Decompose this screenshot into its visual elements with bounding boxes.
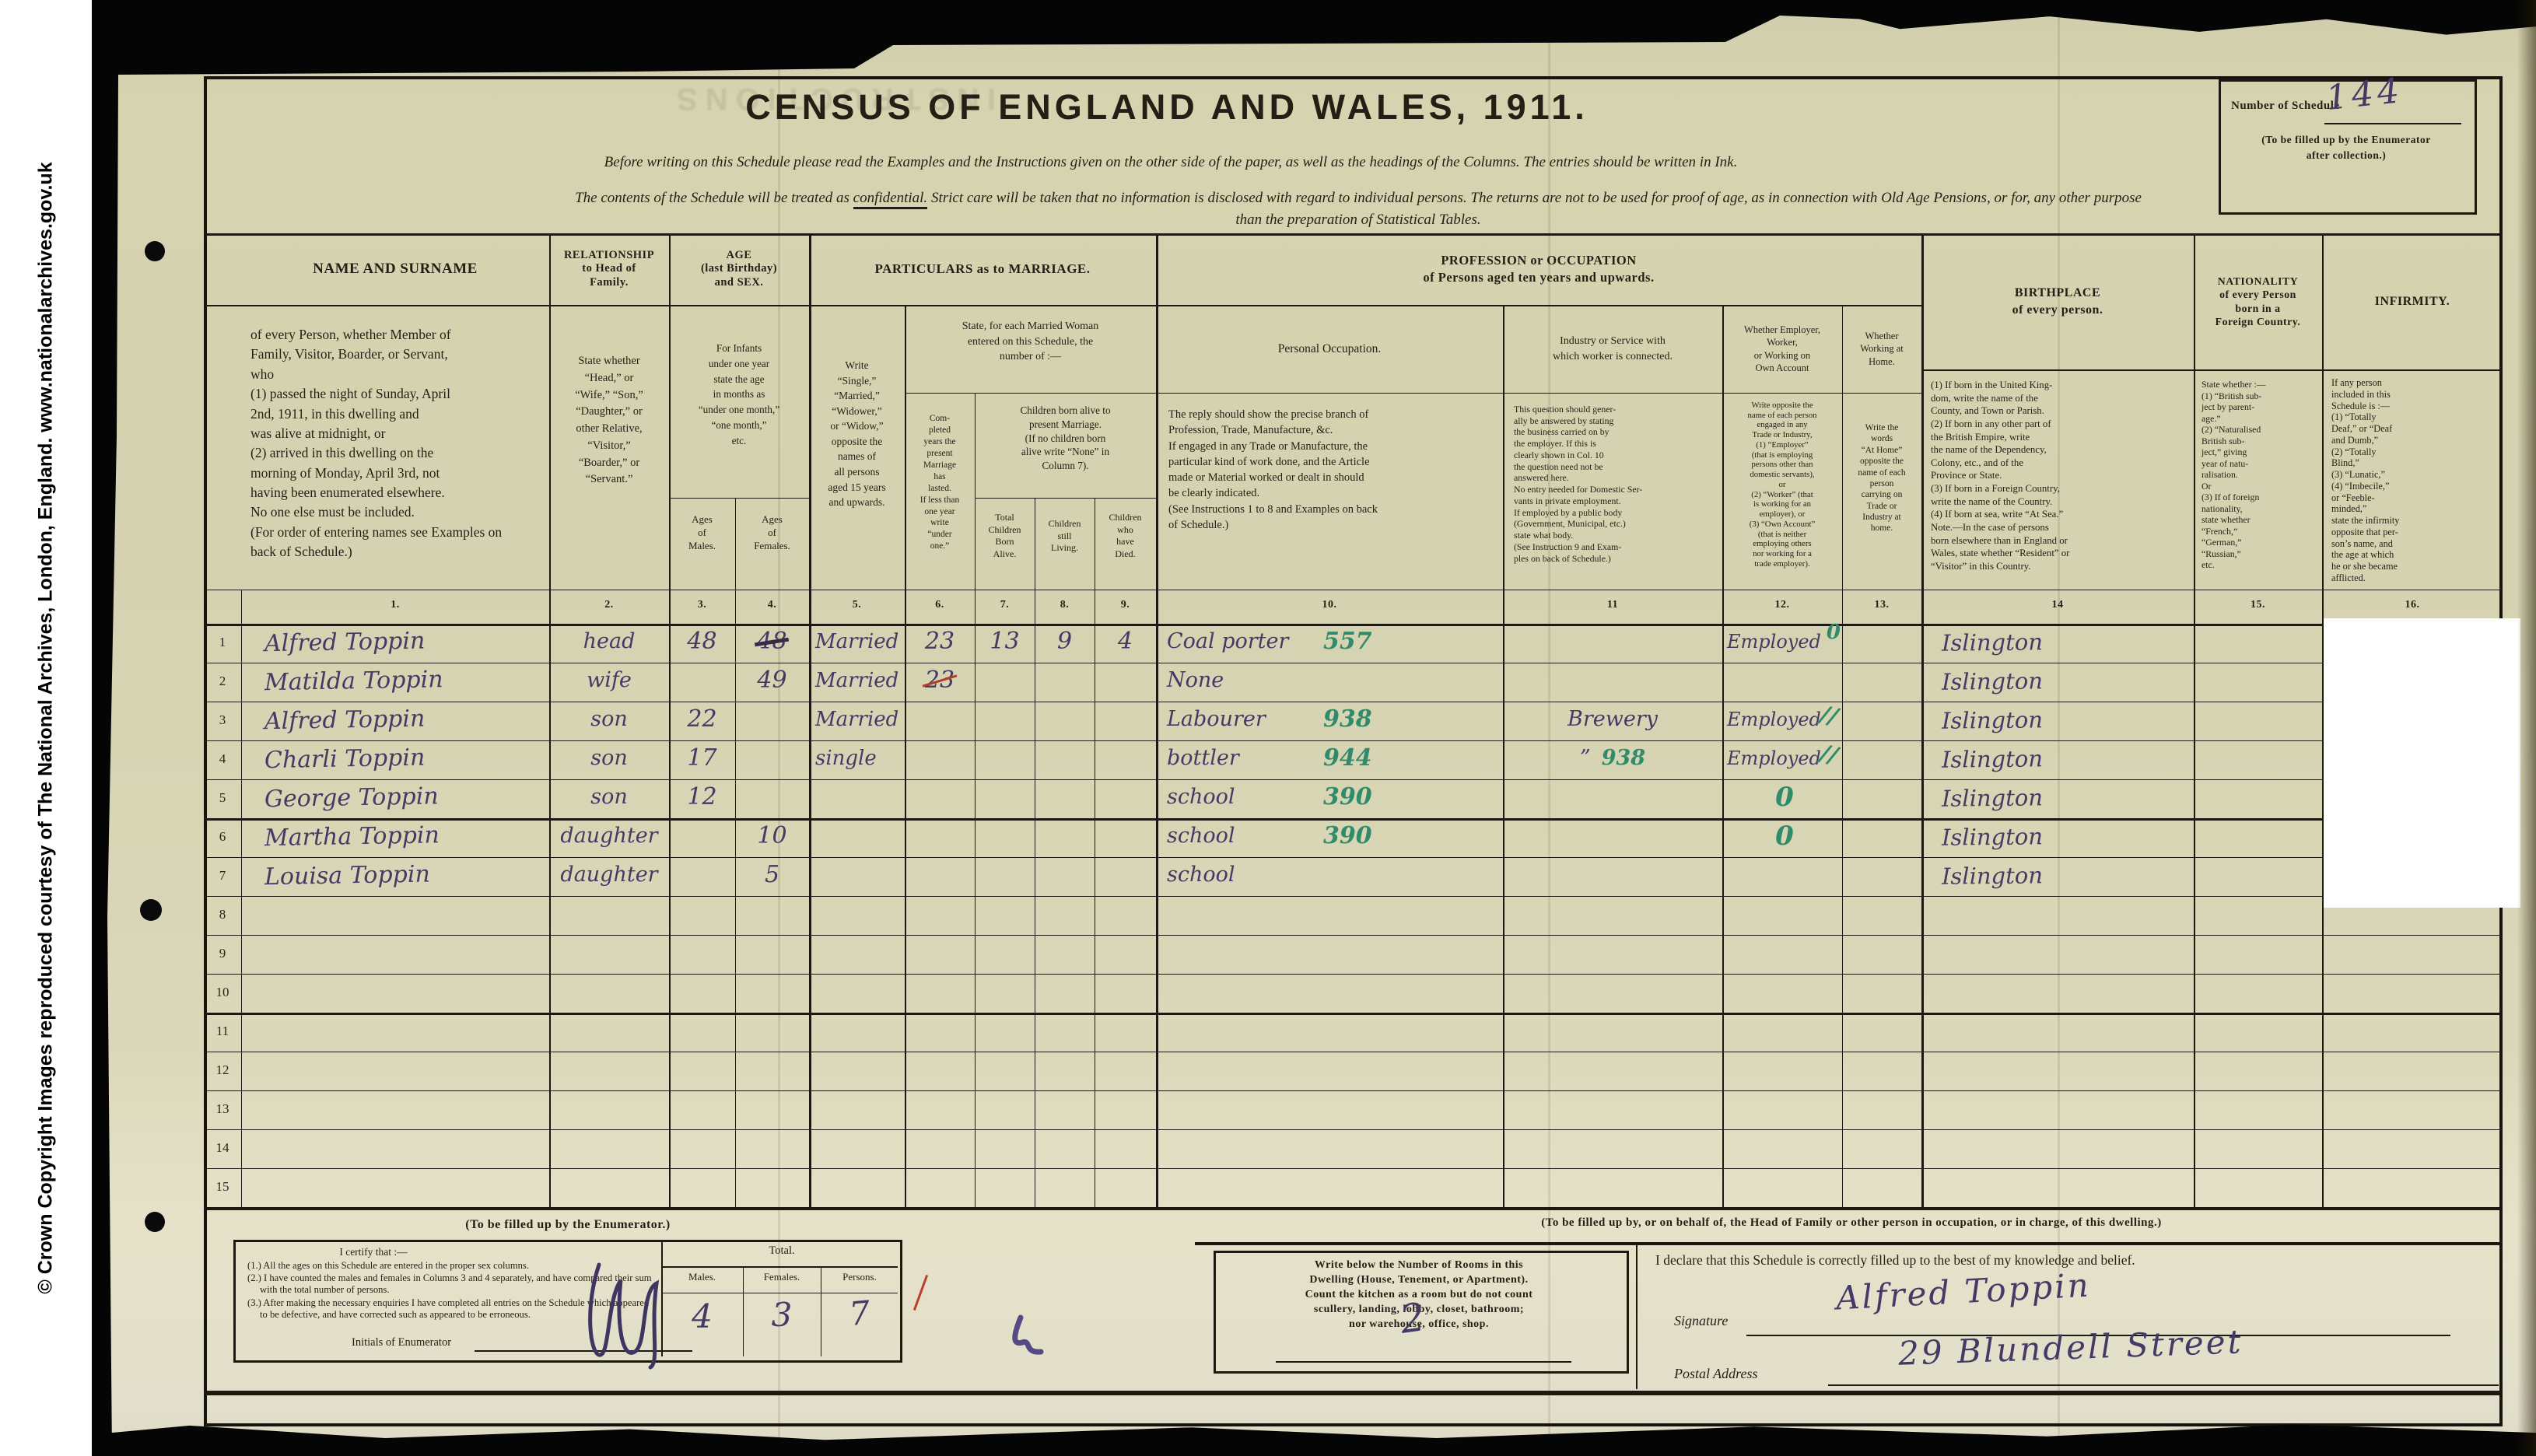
cell-r15-name [241, 1165, 573, 1209]
cell-r7-cond [809, 857, 911, 896]
cell-r3-inf [2322, 702, 2503, 740]
cell-r6-emp: 0 [1722, 818, 1847, 857]
cell-r11-f [735, 1013, 809, 1052]
cell-r13-ind [1503, 1090, 1722, 1129]
cell-r11-nat [2194, 1013, 2322, 1052]
cell-r4-occ-code: 944 [1323, 740, 1372, 776]
cell-r10-rel [549, 974, 669, 1013]
cell-r12-cond [809, 1052, 911, 1090]
cell-r1-died: 4 [1095, 624, 1156, 663]
cell-r5-rel: son [549, 779, 669, 818]
cell-r5-nat [2194, 779, 2322, 818]
form-title: CENSUS OF ENGLAND AND WALES, 1911. [436, 87, 1898, 128]
confidential-prefix: The contents of the Schedule will be tre… [575, 190, 853, 206]
cell-r12-emp [1722, 1052, 1847, 1090]
cell-r4-ind: ”938 [1503, 740, 1722, 779]
table-row: 7Louisa Toppindaughter5schoolIslington [204, 857, 2496, 896]
cell-r2-birth: Islington [1921, 661, 2215, 703]
cell-r9-ind [1503, 935, 1722, 974]
col-detail-still-living: Children still Living. [1035, 498, 1095, 590]
cell-r5-name: George Toppin [241, 776, 573, 821]
cell-r1-nat [2194, 624, 2322, 663]
cell-r9-yrs [905, 935, 975, 974]
cell-r6-inf [2322, 818, 2503, 857]
cell-r13-home [1842, 1090, 1921, 1129]
cell-r10-ind [1503, 974, 1722, 1013]
cell-r12-f [735, 1052, 809, 1090]
cell-r4-liv [1035, 740, 1095, 779]
table-row: 2Matilda Toppinwife49Married23NoneIsling… [204, 663, 2496, 702]
col-detail-completed-years: Com- pleted years the present Marriage h… [905, 393, 975, 590]
cell-r5-home [1842, 779, 1921, 818]
cell-r5-died [1095, 779, 1156, 818]
column-number-4: 4. [735, 590, 809, 624]
cell-r4-inf [2322, 740, 2503, 779]
cell-r13-inf [2322, 1090, 2503, 1129]
column-number-7: 7. [975, 590, 1035, 624]
cell-r1-inf [2322, 624, 2503, 663]
cell-r7-occ: school [1156, 857, 1514, 896]
cell-r6-ind [1503, 818, 1722, 857]
cell-r8-m [669, 896, 735, 935]
cell-r9-born [975, 935, 1035, 974]
cell-r1-rel: head [549, 624, 669, 663]
column-number-2: 2. [549, 590, 669, 624]
cell-r4-clerk-mark: // [1817, 736, 1841, 775]
cell-r12-birth [1921, 1050, 2215, 1092]
cell-r4-occ: bottler944 [1156, 740, 1514, 779]
cell-r4-nat [2194, 740, 2322, 779]
col-detail-occupation-title: Personal Occupation. [1156, 305, 1503, 393]
cell-r5-f [735, 779, 809, 818]
cell-r9-m [669, 935, 735, 974]
cell-r14-cond [809, 1129, 911, 1168]
cell-r11-liv [1035, 1013, 1095, 1052]
cell-r1-occ: Coal porter557 [1156, 624, 1514, 663]
cell-r13-f [735, 1090, 809, 1129]
cell-r7-born [975, 857, 1035, 896]
col-detail-home-text: Write the words “At Home” opposite the n… [1842, 393, 1921, 590]
initials-label: Initials of Enumerator [352, 1336, 451, 1349]
cell-r12-born [975, 1052, 1035, 1090]
col-group-infirmity: INFIRMITY. [2322, 233, 2503, 369]
cell-r11-birth [1921, 1011, 2215, 1053]
cell-r11-ind [1503, 1013, 1722, 1052]
cell-r1-clerk-code: 0 [1827, 614, 1841, 650]
column-number-5: 5. [809, 590, 905, 624]
cell-r3-m: 22 [669, 702, 735, 740]
cell-r6-occ-code: 390 [1323, 818, 1372, 854]
table-row: 8 [204, 896, 2496, 935]
cell-r3-nat [2194, 702, 2322, 740]
totals-persons-value: 7 [819, 1291, 900, 1336]
col-detail-employer-title: Whether Employer, Worker, or Working on … [1722, 305, 1842, 393]
punch-hole [145, 241, 165, 261]
cell-r5-liv [1035, 779, 1095, 818]
cell-r4-died [1095, 740, 1156, 779]
cell-r13-cond [809, 1090, 911, 1129]
cell-r12-nat [2194, 1052, 2322, 1090]
cell-r7-nat [2194, 857, 2322, 896]
cell-r12-yrs [905, 1052, 975, 1090]
cell-r11-rel [549, 1013, 669, 1052]
cell-r8-born [975, 896, 1035, 935]
cell-r15-rel [549, 1168, 669, 1207]
cell-r12-home [1842, 1052, 1921, 1090]
column-number-6: 6. [905, 590, 975, 624]
cell-r13-yrs [905, 1090, 975, 1129]
cell-r15-nat [2194, 1168, 2322, 1207]
col-group-birthplace: BIRTHPLACE of every person. [1921, 233, 2194, 369]
cell-r10-m [669, 974, 735, 1013]
cell-r1-f: 48 [735, 624, 809, 663]
cell-r3-cond: Married [809, 702, 911, 740]
cell-r7-m [669, 857, 735, 896]
cell-r1-name: Alfred Toppin [241, 621, 573, 665]
totals-females-label: Females. [743, 1271, 821, 1283]
cell-r8-cond [809, 896, 911, 935]
cell-r14-died [1095, 1129, 1156, 1168]
cell-r9-occ [1156, 935, 1514, 974]
cell-r10-birth [1921, 972, 2215, 1014]
cell-r15-liv [1035, 1168, 1095, 1207]
copyright-text: © Crown Copyright Images reproduced cour… [35, 162, 58, 1293]
col-detail-infirmity-text: If any person included in this Schedule … [2322, 369, 2503, 590]
table-row: 4Charli Toppinson17singlebottler944”938E… [204, 740, 2496, 779]
cell-r9-nat [2194, 935, 2322, 974]
cell-r8-ind [1503, 896, 1722, 935]
cell-r10-yrs [905, 974, 975, 1013]
cell-r15-f [735, 1168, 809, 1207]
col-detail-birthplace-text: (1) If born in the United King- dom, wri… [1921, 369, 2194, 590]
cell-r10-home [1842, 974, 1921, 1013]
cell-r6-born [975, 818, 1035, 857]
cell-r3-home [1842, 702, 1921, 740]
cell-r4-ind-code: 938 [1602, 746, 1645, 770]
cell-r1-born: 13 [975, 624, 1035, 663]
cell-r13-liv [1035, 1090, 1095, 1129]
cell-r14-nat [2194, 1129, 2322, 1168]
cell-r3-occ: Labourer938 [1156, 702, 1514, 740]
cell-r1-m: 48 [669, 624, 735, 663]
household-heading: (To be filled up by, or on behalf of, th… [1198, 1216, 2505, 1230]
cell-r9-f [735, 935, 809, 974]
col-detail-marriage-write: Write “Single,” “Married,” “Widower,” or… [809, 305, 905, 590]
col-detail-have-died: Children who have Died. [1095, 498, 1156, 590]
cell-r1-emp: Employed0 [1722, 624, 1847, 663]
cell-r10-inf [2322, 974, 2503, 1013]
cell-r2-cond: Married [809, 663, 911, 702]
cell-r2-m [669, 663, 735, 702]
cell-r5-yrs [905, 779, 975, 818]
cell-r9-inf [2322, 935, 2503, 974]
table-row: 14 [204, 1129, 2496, 1168]
enumerator-heading: (To be filled up by the Enumerator.) [233, 1218, 902, 1232]
table-row: 12 [204, 1052, 2496, 1090]
confidential-line: The contents of the Schedule will be tre… [230, 190, 2486, 207]
cell-r6-died [1095, 818, 1156, 857]
cell-r9-cond [809, 935, 911, 974]
cell-r5-m: 12 [669, 779, 735, 818]
col-detail-married-woman: State, for each Married Woman entered on… [905, 305, 1156, 393]
column-number-12: 12. [1722, 590, 1842, 624]
cell-r4-yrs [905, 740, 975, 779]
totals-persons-label: Persons. [821, 1271, 898, 1283]
column-number-14: 14 [1921, 590, 2194, 624]
cell-r9-birth [1921, 933, 2215, 975]
torn-edge-top [1788, 0, 2536, 48]
column-number-16: 16. [2322, 590, 2503, 624]
cell-r15-ind [1503, 1168, 1722, 1207]
cell-r13-m [669, 1090, 735, 1129]
col-detail-industry-text: This question should gener- ally be answ… [1503, 393, 1722, 590]
cell-r8-birth [1921, 894, 2215, 936]
col-detail-relationship: State whether “Head,” or “Wife,” “Son,” … [549, 305, 669, 590]
cell-r9-rel [549, 935, 669, 974]
confidential-line2: than the preparation of Statistical Tabl… [230, 212, 2486, 229]
cell-r8-f [735, 896, 809, 935]
cell-r10-name [241, 971, 573, 1015]
cell-r4-m: 17 [669, 740, 735, 779]
cell-r3-emp: Employed// [1722, 702, 1847, 740]
certify-intro: I certify that :— [257, 1246, 490, 1258]
cell-r9-liv [1035, 935, 1095, 974]
cell-r8-occ [1156, 896, 1514, 935]
cell-r1-cond: Married [809, 624, 911, 663]
cell-r10-emp [1722, 974, 1847, 1013]
schedule-number-label: Number of Schedule [2231, 100, 2340, 113]
cell-r9-died [1095, 935, 1156, 974]
cell-r2-occ: None [1156, 663, 1514, 702]
col-detail-total-born: Total Children Born Alive. [975, 498, 1035, 590]
cell-r1-birth: Islington [1921, 622, 2215, 664]
cell-r7-liv [1035, 857, 1095, 896]
cell-r6-name: Martha Toppin [241, 815, 573, 859]
cell-r12-liv [1035, 1052, 1095, 1090]
schedule-number-value: 144 [2324, 71, 2405, 118]
cell-r14-home [1842, 1129, 1921, 1168]
cell-r12-m [669, 1052, 735, 1090]
cell-r6-liv [1035, 818, 1095, 857]
cell-r12-died [1095, 1052, 1156, 1090]
cell-r6-m [669, 818, 735, 857]
cell-r8-emp [1722, 896, 1847, 935]
cell-r4-born [975, 740, 1035, 779]
table-row: 11 [204, 1013, 2496, 1052]
schedule-box-note2: after collection.) [2225, 149, 2468, 162]
cell-r11-home [1842, 1013, 1921, 1052]
col-group-nationality: NATIONALITY of every Person born in a Fo… [2194, 233, 2322, 369]
cell-r2-inf [2322, 663, 2503, 702]
totals-females-value: 3 [743, 1296, 821, 1334]
table-row: 6Martha Toppindaughter10school3900Isling… [204, 818, 2496, 857]
cell-r15-died [1095, 1168, 1156, 1207]
cell-r5-clerk-code: 0 [1722, 779, 1847, 815]
cell-r2-liv [1035, 663, 1095, 702]
confidential-suffix: Strict care will be taken that no inform… [927, 190, 2142, 206]
cell-r5-emp: 0 [1722, 779, 1847, 818]
cell-r8-home [1842, 896, 1921, 935]
cell-r11-emp [1722, 1013, 1847, 1052]
cell-r3-liv [1035, 702, 1095, 740]
cell-r5-born [975, 779, 1035, 818]
cell-r11-born [975, 1013, 1035, 1052]
cell-r14-ind [1503, 1129, 1722, 1168]
cell-r12-name [241, 1048, 573, 1093]
column-number-3: 3. [669, 590, 735, 624]
table-row: 1Alfred Toppinhead4848Married231394Coal … [204, 624, 2496, 663]
col-detail-home-title: Whether Working at Home. [1842, 305, 1921, 393]
cell-r2-name: Matilda Toppin [241, 660, 573, 704]
copyright-margin: © Crown Copyright Images reproduced cour… [0, 0, 92, 1456]
cell-r11-cond [809, 1013, 911, 1052]
cell-r10-f [735, 974, 809, 1013]
cell-r3-clerk-mark: // [1817, 697, 1841, 736]
cell-r8-nat [2194, 896, 2322, 935]
cell-r6-rel: daughter [549, 818, 669, 857]
census-scan-page: { "copyright_notice": "© Crown Copyright… [0, 0, 2536, 1456]
cell-r8-rel [549, 896, 669, 935]
cell-r15-born [975, 1168, 1035, 1207]
cell-r5-occ-code: 390 [1323, 779, 1372, 815]
cell-r1-home [1842, 624, 1921, 663]
col-detail-industry-title: Industry or Service with which worker is… [1503, 305, 1722, 393]
cell-r3-name: Alfred Toppin [241, 698, 573, 743]
cell-r7-f: 5 [735, 857, 809, 896]
cell-r11-inf [2322, 1013, 2503, 1052]
cell-r5-ind [1503, 779, 1722, 818]
col-group-occupation: PROFESSION or OCCUPATION of Persons aged… [1156, 233, 1921, 305]
cell-r7-died [1095, 857, 1156, 896]
cell-r2-emp [1722, 663, 1847, 702]
column-number-10: 10. [1156, 590, 1503, 624]
column-number-8: 8. [1035, 590, 1095, 624]
cell-r13-emp [1722, 1090, 1847, 1129]
table-rows: 1Alfred Toppinhead4848Married231394Coal … [204, 624, 2496, 1207]
cell-r4-f [735, 740, 809, 779]
cell-r14-born [975, 1129, 1035, 1168]
cell-r6-cond [809, 818, 911, 857]
col-group-relationship: RELATIONSHIP to Head of Family. [549, 233, 669, 305]
cell-r2-died [1095, 663, 1156, 702]
cell-r4-birth: Islington [1921, 739, 2215, 781]
cell-r8-name [241, 893, 573, 937]
cell-r7-yrs [905, 857, 975, 896]
cell-r8-inf [2322, 896, 2503, 935]
cell-r1-ind [1503, 624, 1722, 663]
cell-r1-yrs: 23 [905, 624, 975, 663]
schedule-box-note1: (To be filled up by the Enumerator [2225, 134, 2468, 146]
instruction-line: Before writing on this Schedule please r… [264, 154, 2077, 171]
col-detail-children-born: Children born alive to present Marriage.… [975, 393, 1156, 498]
cell-r7-inf [2322, 857, 2503, 896]
signature-label: Signature [1674, 1313, 1728, 1329]
cell-r3-yrs [905, 702, 975, 740]
cell-r2-ind [1503, 663, 1722, 702]
cell-r3-birth: Islington [1921, 700, 2215, 742]
cell-r4-emp: Employed// [1722, 740, 1847, 779]
cell-r4-cond: single [809, 740, 911, 779]
cell-r6-occ: school390 [1156, 818, 1514, 857]
cell-r3-f [735, 702, 809, 740]
cell-r15-home [1842, 1168, 1921, 1207]
cell-r15-m [669, 1168, 735, 1207]
cell-r5-occ: school390 [1156, 779, 1514, 818]
cell-r13-nat [2194, 1090, 2322, 1129]
cell-r4-rel: son [549, 740, 669, 779]
cell-r11-m [669, 1013, 735, 1052]
cell-r6-clerk-code: 0 [1722, 818, 1847, 854]
cell-r15-occ [1156, 1168, 1514, 1207]
cell-r2-nat [2194, 663, 2322, 702]
cell-r12-ind [1503, 1052, 1722, 1090]
cell-r3-occ-code: 938 [1323, 702, 1372, 737]
col-detail-employer-text: Write opposite the name of each person e… [1722, 393, 1842, 590]
col-detail-occupation-text: The reply should show the precise branch… [1156, 393, 1503, 590]
cell-r11-died [1095, 1013, 1156, 1052]
cell-r11-occ [1156, 1013, 1514, 1052]
cell-r14-occ [1156, 1129, 1514, 1168]
cell-r13-born [975, 1090, 1035, 1129]
table-row: 9 [204, 935, 2496, 974]
cell-r14-emp [1722, 1129, 1847, 1168]
cell-r3-born [975, 702, 1035, 740]
col-detail-ages-males: Ages of Males. [669, 498, 735, 590]
col-group-marriage: PARTICULARS as to MARRIAGE. [809, 233, 1156, 305]
cell-r10-died [1095, 974, 1156, 1013]
cell-r6-yrs [905, 818, 975, 857]
cell-r10-cond [809, 974, 911, 1013]
cell-r3-died [1095, 702, 1156, 740]
cell-r7-rel: daughter [549, 857, 669, 896]
cell-r7-home [1842, 857, 1921, 896]
cell-r1-occ-code: 557 [1323, 624, 1372, 660]
cell-r6-nat [2194, 818, 2322, 857]
cell-r14-f [735, 1129, 809, 1168]
cell-r15-inf [2322, 1168, 2503, 1207]
cell-r15-birth [1921, 1167, 2215, 1209]
column-number-1: 1. [241, 590, 549, 624]
cell-r7-emp [1722, 857, 1847, 896]
col-group-age: AGE (last Birthday) and SEX. [669, 233, 809, 305]
enumerator-initials-scrawl [576, 1260, 692, 1373]
cell-r8-liv [1035, 896, 1095, 935]
cell-r9-home [1842, 935, 1921, 974]
cell-r10-nat [2194, 974, 2322, 1013]
cell-r10-occ [1156, 974, 1514, 1013]
cell-r10-liv [1035, 974, 1095, 1013]
cell-r14-rel [549, 1129, 669, 1168]
page-edge-shadow [2517, 0, 2536, 1456]
cell-r3-rel: son [549, 702, 669, 740]
punch-hole [140, 899, 162, 921]
cell-r9-emp [1722, 935, 1847, 974]
cell-r13-name [241, 1087, 573, 1132]
cell-r13-occ [1156, 1090, 1514, 1129]
cell-r2-yrs: 23 [905, 663, 975, 702]
col-detail-nationality-text: State whether :— (1) “British sub- ject … [2194, 369, 2322, 590]
cell-r12-inf [2322, 1052, 2503, 1090]
cell-r8-yrs [905, 896, 975, 935]
column-number-11: 11 [1503, 590, 1722, 624]
col-group-name: NAME AND SURNAME [241, 233, 549, 305]
cell-r13-died [1095, 1090, 1156, 1129]
cell-r1-liv: 9 [1035, 624, 1095, 663]
table-row: 5George Toppinson12school3900Islington [204, 779, 2496, 818]
cell-r6-home [1842, 818, 1921, 857]
col-detail-ages-females: Ages of Females. [735, 498, 809, 590]
cell-r15-cond [809, 1168, 911, 1207]
